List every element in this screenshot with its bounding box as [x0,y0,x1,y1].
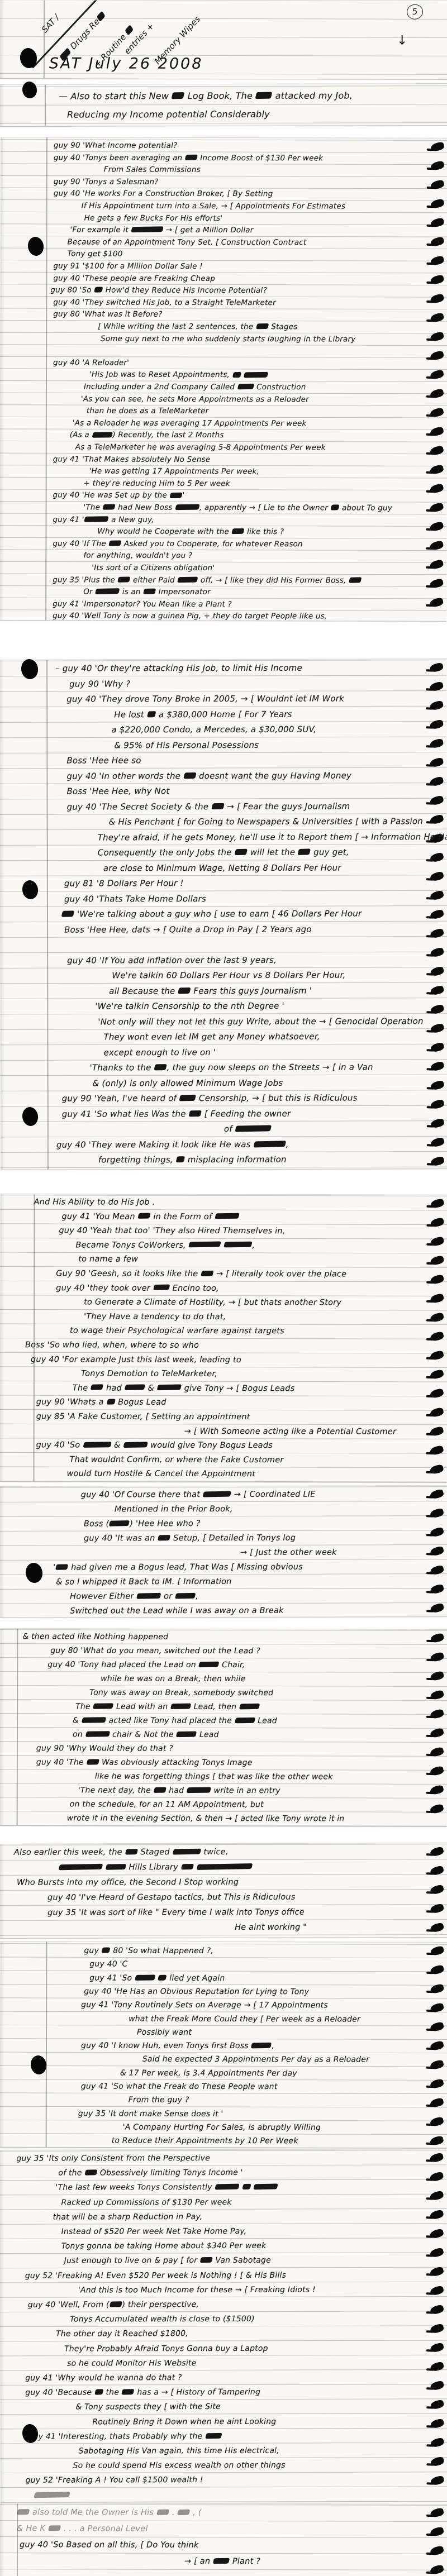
spiral-binding-mark [429,1445,444,1456]
spiral-binding-mark [430,2304,445,2315]
spiral-binding-mark [430,1690,445,1700]
spiral-binding-mark [430,312,445,323]
handwritten-line: Tony get $100 [67,249,122,261]
handwritten-line: guy 41 'That Makes absolutely No Sense [53,454,211,466]
handwritten-line: guy 35 'Plus the either Paid off, → [ li… [53,574,362,587]
spiral-binding-mark [430,1274,445,1285]
handwritten-line: Said he expected 3 Appointments Per day … [142,2053,369,2067]
spiral-binding-mark [430,947,445,957]
spiral-binding-mark [429,1426,444,1437]
handwritten-line: Routinely Bring it Down when he aint Loo… [92,2414,276,2429]
handwritten-line: guy 40 'He Has an Obvious Reputation for… [84,1985,309,1998]
scribbled-out-text [137,1213,151,1219]
scribbled-out-text [154,1064,167,1070]
margin-rule [45,85,46,126]
spiral-binding-mark [429,681,444,691]
spiral-binding-mark [429,502,444,513]
scribbled-out-text [101,1947,110,1953]
scribbled-out-text [196,1863,253,1870]
scribbled-out-text [175,1592,196,1599]
handwritten-line: guy 40 'In other words the doesnt want t… [66,768,351,784]
spiral-binding-mark [429,662,444,672]
handwritten-line: to Reduce their Appointments by 10 Per W… [112,2134,298,2148]
handwritten-line: guy 40 'The Was obviously attacking Tony… [36,1756,253,1770]
scribbled-out-text [82,1717,107,1723]
spiral-binding-mark [430,2285,445,2296]
handwritten-line: & 17 Per week, is 3.4 Appointments Per d… [120,2066,297,2080]
spiral-binding-mark [429,1785,444,1795]
handwritten-line: guy 80 'What do you mean, switched out t… [50,1644,260,1658]
handwritten-line: & (only) is only allowed Minimum Wage Jo… [93,1075,283,1091]
handwritten-line: 'We're talkin Censorship to the nth Degr… [95,999,284,1014]
scribbled-out-text [169,492,182,498]
spiral-binding-mark [430,1945,445,1956]
spiral-binding-mark [430,2399,445,2410]
handwritten-line: And His Ability to do His Job . [34,1195,155,1210]
scribbled-out-text [109,1520,130,1526]
handwritten-line: → [ Just the other week [240,1545,337,1560]
scribbled-out-text [188,1242,221,1248]
spiral-binding-mark [430,1118,445,1128]
scribbled-out-text [136,1592,161,1599]
scribbled-out-text [172,1848,201,1854]
scribbled-out-text [255,92,273,99]
spiral-binding-mark [429,1804,444,1814]
spiral-binding-mark [430,1198,445,1209]
handwritten-line: guy 90 'Yeah, I've heard of Censorship, … [62,1090,358,1106]
handwritten-line: guy 90 'What Income potential? [54,140,178,152]
spiral-binding-mark [430,1293,445,1304]
handwritten-line: guy 40 'C [89,1958,127,1971]
handwritten-line: 'The last few weeks Tonys Consistently [55,2180,278,2195]
spiral-binding-mark [430,1652,445,1662]
spiral-binding-mark [430,890,445,900]
spiral-binding-mark [430,2380,445,2391]
handwritten-line: If His Appointment turn into a Sale, → [… [82,200,346,213]
notebook-strip: guy 80 'So what Happened ?,guy 40 'Cguy … [0,1941,447,2149]
handwritten-line: ' had given me a Bogus lead, That Was [ … [53,1560,303,1575]
spiral-binding-mark [430,909,445,919]
spiral-binding-mark [430,1312,445,1323]
handwritten-line: 'The next day, the had write in an entry [78,1783,280,1798]
handwritten-line: & so I whipped it Back to IM. [ Informat… [56,1575,231,1590]
spiral-binding-mark [430,1728,445,1738]
handwritten-line: for anything, wouldn't you ? [83,550,192,562]
page-number-badge: 5 [406,3,424,20]
spiral-binding-mark [430,1137,445,1147]
handwritten-line: Tonys gonna be taking Home about $340 Pe… [61,2239,267,2254]
handwritten-line: Became Tonys CoWorkers, , [75,1238,255,1253]
spiral-binding-mark [429,700,444,710]
handwritten-line: Consequently the only Jobs the will let … [98,845,349,861]
handwritten-line: Racked up Commissions of $130 Per week [61,2195,232,2210]
spiral-binding-mark [430,1583,445,1594]
down-arrow-icon: ↓ [397,34,407,48]
scribbled-out-text [61,911,75,917]
scribbled-out-text [170,1703,192,1709]
handwritten-line: Tonys Accumulated wealth is close to ($1… [70,2312,255,2327]
handwritten-line: guy 40 'Tony had placed the Lead on Chai… [47,1658,245,1672]
scribbled-out-text [179,1095,197,1101]
handwritten-line: guy 40 'It was an Setup, [ Detailed in T… [84,1531,296,1546]
scribbled-out-text [102,504,115,510]
handwritten-line: guy 41 'So what lies Was the [ Feeding t… [62,1106,291,1122]
handwritten-line: guy 40 'They were Making it look like He… [56,1137,289,1152]
handwritten-line: would turn Hostile & Cancel the Appointm… [66,1467,255,1482]
spiral-binding-mark [429,814,444,824]
scribbled-out-text [201,1270,214,1276]
scribbled-out-text [91,1385,104,1391]
spiral-binding-mark [430,1023,445,1033]
handwritten-line: guy 41 'Impersonator? You Mean like a Pl… [53,598,232,610]
handwritten-line: guy 40 'So & would give Tony Bogus Leads [36,1438,273,1453]
spiral-binding-mark [430,350,445,361]
spiral-binding-mark [430,2545,445,2556]
spiral-binding-mark [430,2078,445,2089]
handwritten-line: 'And this is too Much Income for these →… [78,2282,316,2297]
handwritten-line: They wont even let IM get any Money what… [103,1029,320,1045]
scribbled-out-text [86,1759,99,1764]
handwritten-line: The other day it Reached $1800, [56,2327,188,2342]
spiral-binding-mark [430,985,445,995]
handwritten-line: The Lead with an Lead, then [75,1700,260,1714]
spiral-binding-mark [429,2097,444,2108]
scribbled-out-text [59,1863,103,1870]
spiral-binding-mark [430,179,445,190]
handwritten-line: guy 40 'I know Huh, even Tonys first Bos… [81,2039,274,2053]
spiral-binding-mark [429,2247,444,2258]
scribbled-out-text [158,1974,167,1980]
spiral-binding-mark [430,2418,445,2429]
handwritten-line: guy 85 'A Fake Customer, [ Setting an ap… [36,1410,250,1424]
spiral-binding-mark [430,141,445,152]
handwritten-line: guy 40 'He was Set up by the ' [53,490,185,502]
handwritten-line: guy 81 '8 Dollars Per Hour ! [64,876,184,891]
handwritten-line: all Because the Fears this guys Journali… [109,983,312,999]
notebook-strip: Also earlier this week, the Staged twice… [0,1843,447,1939]
spiral-binding-mark [430,1983,445,1994]
handwritten-line: & He K . . . a Personal Level [17,2521,148,2537]
handwritten-line: Who Bursts into my office, the Second I … [17,1875,239,1891]
scribbled-out-text [178,988,191,994]
handwritten-line: 'Its sort of a Citizens obligation' [92,562,215,575]
spiral-binding-mark [430,198,445,209]
scribbled-out-text [97,11,106,22]
handwritten-line: guy 40 'They drove Tony Broke in 2005, →… [66,691,344,708]
handwritten-line: guy 35 'It dont make Sense does it ' [78,2107,223,2121]
spiral-binding-mark [430,2507,445,2518]
scribbled-out-text [106,1399,116,1405]
scribbled-out-text [253,2184,278,2190]
scribbled-out-text [94,2389,103,2394]
handwritten-line: — Also to start this New Log Book, The a… [59,87,353,106]
handwritten-line: guy 40 'These people are Freaking Cheap [53,273,215,285]
handwritten-line: guy 40 'Of Course there that → [ Coordin… [81,1487,316,1502]
spiral-binding-mark [430,1766,445,1776]
spiral-binding-mark [430,1903,445,1914]
handwritten-line: 'As you can see, he sets More Appointmen… [81,393,309,406]
handwritten-line: Mentioned in the Prior Book, [115,1502,233,1516]
scribbled-out-text [153,1285,170,1291]
scribbled-out-text [244,371,268,377]
scribbled-out-text [105,1864,126,1870]
handwritten-line: From Sales Commissions [104,164,201,176]
spiral-binding-mark [430,1331,445,1342]
handwritten-line: guy 40 'So Based on all this, [ Do You t… [20,2537,199,2554]
scribbled-out-text [198,1662,220,1668]
handwritten-line: guy 40 'Well, From () their perspective, [28,2297,199,2312]
handwritten-line: Guy 90 'Geesh, so it looks like the → [ … [56,1267,346,1282]
handwritten-line: also told Me the Owner is His . , ( [17,2505,202,2521]
handwritten-line: 'A Company Hurting For Sales, is abruptl… [123,2121,321,2135]
handwritten-line: Because of an Appointment Tony Set, [ Co… [67,236,306,249]
margin-rule [46,660,48,1170]
handwritten-line: while he was on a Break, then while [101,1672,245,1687]
scribbled-out-text [177,576,198,582]
spiral-binding-mark [429,1388,444,1399]
spiral-binding-mark [429,795,444,805]
spiral-binding-mark [430,236,445,247]
spiral-binding-mark [429,2171,444,2182]
handwritten-line: [ While writing the last 2 sentences, th… [98,321,297,333]
handwritten-line: than he does as a TeleMarketer [87,406,208,418]
spiral-binding-mark [430,1671,445,1681]
spiral-binding-mark [430,1508,445,1518]
spiral-binding-mark [430,2437,445,2448]
spiral-binding-mark [430,1709,445,1719]
handwritten-line: Also earlier this week, the Staged twice… [14,1845,229,1861]
spiral-binding-mark [430,388,445,399]
spiral-binding-mark [430,1350,445,1361]
handwritten-line: guy 35 'It was sort of like " Every time… [47,1905,305,1921]
spiral-binding-mark [429,521,444,532]
spiral-binding-mark [430,1633,445,1643]
notebook-strip: — Also to start this New Log Book, The a… [0,83,447,127]
scribbled-out-text [232,372,241,378]
handwritten-line: Tony was away on Break, somebody switche… [89,1686,273,1700]
spiral-binding-mark [430,2456,445,2467]
notebook-strip: guy 40 'Of Course there that → [ Coordin… [0,1485,447,1618]
scribbled-out-text [234,849,248,855]
handwritten-line: guy 41 'So lied yet Again [89,1971,225,1985]
handwritten-line: 'The had New Boss , apparently → [ Lie t… [83,502,392,514]
spiral-binding-mark [430,274,445,285]
spiral-binding-mark [430,1564,445,1575]
scribbled-out-text [48,2525,61,2531]
spiral-binding-mark [430,2021,445,2032]
handwritten-line: guy 40 'Well Tony is now a guinea Pig, +… [53,610,327,622]
spiral-binding-mark [430,160,445,171]
handwritten-line: Boss 'Hee Hee, dats → [ Quite a Drop in … [64,922,312,937]
handwritten-line: Possibly want [137,2025,192,2039]
spiral-binding-mark [430,1099,445,1109]
spiral-binding-mark [429,2135,444,2146]
scribbled-out-text [242,2184,251,2189]
scribbled-out-text [17,2509,30,2515]
scribbled-out-text [200,2257,213,2263]
notebook-strip: & then acted like Nothing happenedguy 80… [0,1628,447,1827]
spiral-binding-mark [430,293,445,304]
spiral-binding-mark [429,757,444,767]
handwritten-line: to wage their Psychological warfare agai… [70,1324,284,1339]
handwritten-line: 'As a Reloader he was averaging 17 Appoi… [73,417,307,430]
handwritten-line: As a TeleMarketer he was averaging 5-8 A… [75,441,326,454]
scribbled-out-text [175,1156,185,1162]
handwritten-line: are close to Minimum Wage, Netting 8 Dol… [103,860,341,876]
spiral-binding-mark [430,1255,445,1266]
scribbled-out-text [253,1141,286,1147]
handwritten-line: of [224,1122,272,1137]
spiral-binding-mark [430,2342,445,2353]
scribbled-out-text [251,2043,272,2049]
handwritten-line: guy 41 'Why would he wanna do that ? [25,2370,182,2386]
handwritten-line: 'The was also Routinely attack His Job [110,1167,288,1170]
scribbled-out-text [176,1731,197,1738]
scribbled-out-text [239,1704,260,1710]
spiral-binding-mark [430,331,445,342]
handwritten-line: Reducing my Income potential Considerabl… [67,105,270,124]
spiral-binding-mark [429,597,444,608]
handwritten-line: guy 80 'What was it Before? [53,309,162,321]
scribbled-out-text [237,384,254,389]
spiral-binding-mark [430,1061,445,1071]
handwritten-line: guy 40 'If The Asked you to Cooperate, f… [53,538,302,551]
scribbled-out-text [84,2169,97,2175]
spiral-binding-mark [429,445,444,456]
scribbled-out-text [215,1213,240,1219]
handwritten-line: guy 41 'So what the Freak do These Peopl… [81,2079,278,2093]
handwritten-line: guy 90 'Why Would they do that ? [36,1742,173,1756]
header-scribble-note: SAT / [40,13,61,35]
handwritten-line: 'We're talking about a guy who [ use to … [61,906,362,922]
scribbled-out-text [175,504,199,510]
handwritten-line: & acted like Tony had placed the Lead [73,1714,277,1728]
handwritten-line: a $220,000 Condo, a Mercedes, a $30,000 … [111,722,316,738]
handwritten-line: guy 41 'Interesting, thats Probably why … [28,2429,222,2444]
scribbled-out-text [188,1110,202,1117]
spiral-binding-mark [429,483,444,494]
handwritten-line: guy 40 'A Reloader' [53,357,129,369]
notebook-header-strip: SAT / Drugs Re+ Routine entries +Memory … [0,0,447,80]
scribbled-out-text [84,516,108,522]
handwritten-line: & 95% of His Personal Posessions [114,737,259,753]
spiral-binding-mark [430,871,445,881]
handwritten-line: to name a few [78,1253,138,1267]
spiral-binding-mark [430,2059,445,2070]
handwritten-line: That wouldnt Confirm, or where the Fake … [70,1453,284,1467]
scribbled-out-text [185,155,198,160]
spiral-binding-mark [430,407,445,418]
notebook-strip: guy 90 'What Income potential?guy 40 'To… [0,137,447,622]
handwritten-line: Switched out the Lead while I was away o… [70,1604,284,1618]
handwritten-line: Some guy next to me who suddenly starts … [101,333,355,346]
notebook-strip: And His Ability to do His Job .guy 41 'Y… [0,1194,447,1483]
margin-rule [17,1629,18,1825]
scribbled-out-text [124,1385,145,1391]
handwritten-line: 'He was getting 17 Appointments Per week… [89,466,259,478]
spiral-binding-mark [430,1369,445,1380]
notebook-strip: – guy 40 'Or they're attacking His Job, … [0,659,447,1170]
handwritten-line: guy 40 'Yeah that too' 'They also Hired … [59,1224,285,1239]
handwritten-line: guy 35 'Its only Consistent from the Per… [16,2151,210,2166]
handwritten-line: guy 40 'I've Heard of Gestapo tactics, b… [47,1890,296,1906]
handwritten-line: & His Penchant [ for Going to Newspapers… [109,814,423,830]
scribbled-out-text [156,2509,170,2515]
spiral-binding-mark [430,217,445,228]
scribbled-out-text [223,1242,253,1248]
notebook-strip: guy 35 'Its only Consistent from the Per… [0,2149,447,2503]
scribbled-out-text [125,1849,137,1855]
date-title: SAT July 26 2008 [49,55,203,73]
scribbled-out-text [153,1787,166,1793]
spiral-binding-mark [429,540,444,551]
spiral-binding-mark [430,1545,445,1556]
handwritten-line: The had & give Tony → [ Bogus Leads [73,1381,295,1396]
spiral-binding-mark [430,1964,445,1975]
handwritten-line: guy 40 'Tonys been averaging an Income B… [54,152,323,165]
scribbled-out-text [121,2389,134,2394]
handwritten-line: guy 90 'Tonys a Salesman? [54,176,159,188]
handwritten-line [34,2488,70,2502]
handwritten-line: → [ an Plant ? [184,2554,260,2570]
handwritten-line: Or is an Impersonator [83,586,211,599]
spiral-binding-mark [429,2228,444,2239]
handwritten-line: From the guy ? [129,2093,189,2107]
handwritten-line: 'They Have a tendency to do that, [84,1310,226,1324]
margin-rule [44,0,45,78]
handwritten-line: that will be a sharp Reduction in Pay, [53,2210,203,2225]
handwritten-line: so he could Monitor His Website [67,2356,196,2371]
spiral-binding-mark [429,2152,444,2163]
handwritten-line: → [ With Someone acting like a Potential… [184,1424,397,1439]
handwritten-line: guy 40 'they took over Encino too, [56,1281,219,1296]
handwritten-line: guy 40 'For example Just this last week,… [31,1353,241,1367]
handwritten-line: guy 40 'Because the has a → [ History of… [25,2385,260,2400]
scribbled-out-text [183,772,197,779]
scribbled-out-text [235,1125,272,1132]
scribbled-out-text [143,589,156,594]
handwritten-line: guy 91 '$100 for a Million Dollar Sale ! [53,260,202,273]
scanned-notebook-page: SAT / Drugs Re+ Routine entries +Memory … [0,0,447,2576]
scribbled-out-text [158,1535,170,1541]
spiral-binding-mark [430,1080,445,1090]
spiral-binding-mark [430,1042,445,1052]
scribbled-out-text [147,711,156,717]
spiral-binding-mark [429,1464,444,1475]
handwritten-line: He aint working " [235,1920,307,1935]
spiral-binding-mark [430,369,445,380]
handwritten-line: like he was forgetting things [ that was… [95,1770,333,1785]
handwritten-line: Boss 'Hee Hee so [66,753,141,769]
handwritten-line: 'Not only will they not let this guy Wri… [98,1014,423,1030]
spiral-binding-mark [430,1884,445,1895]
spiral-binding-mark [429,2190,444,2201]
spiral-binding-mark [430,2564,445,2575]
handwritten-line: Instead of $520 Per week Net Take Home P… [61,2224,247,2239]
handwritten-line: We're talkin 60 Dollars Per Hour vs 8 Do… [112,968,345,984]
handwritten-line: 'His Job was to Reset Appointments, [89,369,268,381]
handwritten-line: Hills Library [59,1860,253,1876]
spiral-binding-mark [430,2475,445,2486]
spiral-binding-mark [429,2266,444,2277]
handwritten-line: (As a ) Recently, the last 2 Months [70,430,224,442]
spiral-binding-mark [430,1526,445,1537]
spiral-binding-mark [429,776,444,786]
handwritten-line: 'For example it → [ get a Million Dollar [70,225,254,237]
scribbled-out-text [330,505,339,511]
handwritten-line: guy 40 'If You add inflation over the la… [67,952,277,968]
handwritten-line: Sabotaging His Van again, this time His … [78,2444,279,2459]
